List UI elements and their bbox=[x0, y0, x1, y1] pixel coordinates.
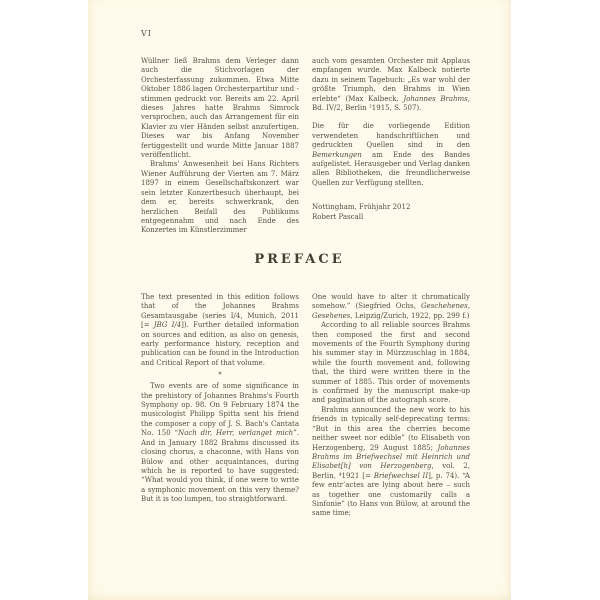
page: VI Wüllner ließ Brahms dem Verleger dann… bbox=[88, 0, 511, 600]
paragraph: Two events are of some significance in t… bbox=[141, 382, 299, 504]
preface-heading: PREFACE bbox=[88, 252, 511, 267]
signoff-place-date: Nottingham, Frühjahr 2012 bbox=[312, 203, 470, 212]
paragraph: Die für die vorliegende Edition verwende… bbox=[312, 122, 470, 188]
paragraph: One would have to alter it chromatically… bbox=[312, 293, 470, 321]
paragraph: Wüllner ließ Brahms dem Verleger dann au… bbox=[141, 57, 299, 160]
paragraph: According to all reliable sources Brahms… bbox=[312, 321, 470, 406]
german-left-column: Wüllner ließ Brahms dem Verleger dann au… bbox=[141, 57, 299, 236]
page-number: VI bbox=[141, 29, 152, 38]
paragraph: Brahms announced the new work to his fri… bbox=[312, 406, 470, 519]
german-right-column: auch vom gesamten Orchester mit Applaus … bbox=[312, 57, 470, 222]
section-separator-asterisk: * bbox=[141, 368, 299, 382]
paragraph: The text presented in this edition follo… bbox=[141, 293, 299, 368]
paragraph: Brahms' Anwesenheit bei Hans Richters Wi… bbox=[141, 160, 299, 235]
signoff: Nottingham, Frühjahr 2012 Robert Pascall bbox=[312, 203, 470, 222]
paragraph: auch vom gesamten Orchester mit Applaus … bbox=[312, 57, 470, 113]
english-right-column: One would have to alter it chromatically… bbox=[312, 293, 470, 519]
english-left-column: The text presented in this edition follo… bbox=[141, 293, 299, 505]
signoff-author: Robert Pascall bbox=[312, 213, 470, 222]
scanned-book-page: VI Wüllner ließ Brahms dem Verleger dann… bbox=[0, 0, 600, 600]
